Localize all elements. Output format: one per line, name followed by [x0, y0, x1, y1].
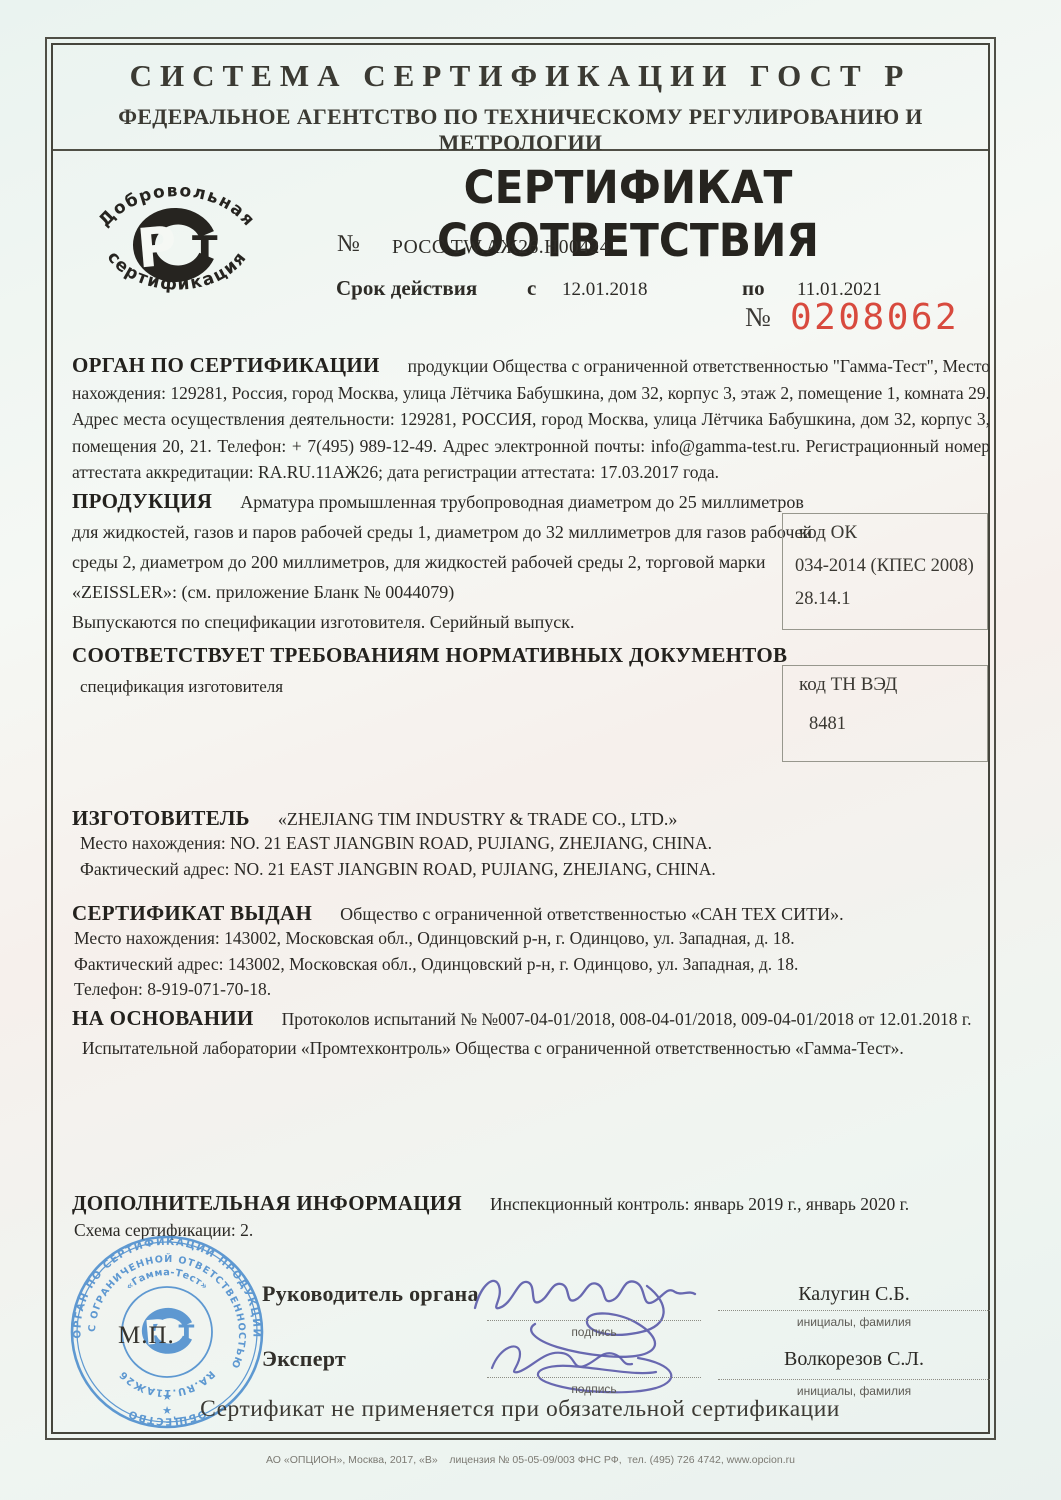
- validity-to-label: по: [742, 276, 765, 301]
- code-ok-value-1: 034-2014 (КПЕС 2008): [795, 556, 987, 577]
- code-tnved-box: код ТН ВЭД 8481: [782, 665, 988, 762]
- stamp-place-label: М.П.: [118, 1322, 175, 1350]
- validity-label: Срок действия: [336, 276, 477, 301]
- issued-to-name: Общество с ограниченной ответственностью…: [340, 904, 843, 924]
- expert-name: Волкорезов С.Л.: [718, 1348, 990, 1371]
- section-issued-to: СЕРТИФИКАТ ВЫДАНОбщество с ограниченной …: [72, 901, 990, 1003]
- head-name: Калугин С.Б.: [718, 1283, 990, 1306]
- code-ok-value-2: 28.14.1: [795, 589, 987, 610]
- additional-info-header: ДОПОЛНИТЕЛЬНАЯ ИНФОРМАЦИЯ: [72, 1191, 462, 1215]
- head-name-line: [718, 1310, 990, 1311]
- head-of-body-label: Руководитель органа: [262, 1281, 479, 1307]
- section-production: ПРОДУКЦИЯАрматура промышленная трубопров…: [72, 486, 817, 637]
- svg-text:т: т: [178, 1316, 194, 1347]
- issued-to-location: Место нахождения: 143002, Московская обл…: [72, 926, 990, 952]
- system-title: СИСТЕМА СЕРТИФИКАЦИИ ГОСТ Р: [53, 58, 988, 94]
- section-basis: НА ОСНОВАНИИПротоколов испытаний № №007-…: [72, 1006, 1002, 1061]
- cert-number-label: №: [337, 231, 360, 258]
- expert-name-line: [718, 1379, 990, 1380]
- code-tnved-value: 8481: [809, 714, 987, 735]
- expert-signature-caption: подпись: [487, 1382, 701, 1396]
- print-house-footer: АО «ОПЦИОН», Москва, 2017, «В» лицензия …: [0, 1454, 1061, 1466]
- basis-text-line1: Протоколов испытаний № №007-04-01/2018, …: [282, 1009, 972, 1029]
- expert-label: Эксперт: [262, 1346, 346, 1372]
- section-certification-body: ОРГАН ПО СЕРТИФИКАЦИИпродукции Общества …: [72, 352, 990, 486]
- basis-header: НА ОСНОВАНИИ: [72, 1006, 254, 1030]
- validity-from-date: 12.01.2018: [562, 279, 648, 301]
- blank-number-label: №: [745, 302, 771, 333]
- rst-voluntary-certification-logo-icon: Добровольная сертификация Р т: [80, 163, 275, 328]
- production-header: ПРОДУКЦИЯ: [72, 489, 212, 513]
- issued-to-actual-address: Фактический адрес: 143002, Московская об…: [72, 952, 990, 978]
- validity-from-label: с: [527, 276, 536, 301]
- code-ok-box: код ОК 034-2014 (КПЕС 2008) 28.14.1: [782, 513, 988, 630]
- code-tnved-label: код ТН ВЭД: [799, 674, 987, 696]
- conformity-text: спецификация изготовителя: [80, 674, 283, 701]
- production-serial-text: Выпускаются по спецификации изготовителя…: [72, 607, 817, 637]
- cert-number-value: РОСС TW.АЖ26.H00424: [392, 237, 610, 259]
- manufacturer-header: ИЗГОТОВИТЕЛЬ: [72, 806, 250, 830]
- manufacturer-actual-address: Фактический адрес: NO. 21 EAST JIANGBIN …: [72, 857, 990, 883]
- expert-signature-line: [487, 1377, 701, 1378]
- issued-to-header: СЕРТИФИКАТ ВЫДАН: [72, 901, 312, 925]
- mandatory-certification-note: Сертификат не применяется при обязательн…: [120, 1396, 920, 1423]
- head-name-caption: инициалы, фамилия: [718, 1315, 990, 1329]
- certification-body-header: ОРГАН ПО СЕРТИФИКАЦИИ: [72, 353, 380, 377]
- manufacturer-name: «ZHEJIANG TIM INDUSTRY & TRADE CO., LTD.…: [278, 809, 678, 829]
- code-ok-label: код ОК: [799, 522, 987, 544]
- issued-to-phone: Телефон: 8-919-071-70-18.: [72, 977, 990, 1003]
- conformity-header: СООТВЕТСТВУЕТ ТРЕБОВАНИЯМ НОРМАТИВНЫХ ДО…: [72, 643, 787, 668]
- logo-letter-t: т: [192, 219, 218, 270]
- agency-title: ФЕДЕРАЛЬНОЕ АГЕНТСТВО ПО ТЕХНИЧЕСКОМУ РЕ…: [67, 104, 974, 156]
- section-manufacturer: ИЗГОТОВИТЕЛЬ«ZHEJIANG TIM INDUSTRY & TRA…: [72, 806, 990, 882]
- manufacturer-location: Место нахождения: NO. 21 EAST JIANGBIN R…: [72, 831, 990, 857]
- logo-letter-p: Р: [135, 214, 180, 280]
- head-signature-line: [487, 1320, 701, 1321]
- blank-number-value: 0208062: [790, 297, 959, 338]
- certificate-page: СИСТЕМА СЕРТИФИКАЦИИ ГОСТ Р ФЕДЕРАЛЬНОЕ …: [0, 0, 1061, 1500]
- additional-info-text: Инспекционный контроль: январь 2019 г., …: [490, 1194, 909, 1214]
- basis-text-line2: Испытательной лаборатории «Промтехконтро…: [72, 1036, 1002, 1062]
